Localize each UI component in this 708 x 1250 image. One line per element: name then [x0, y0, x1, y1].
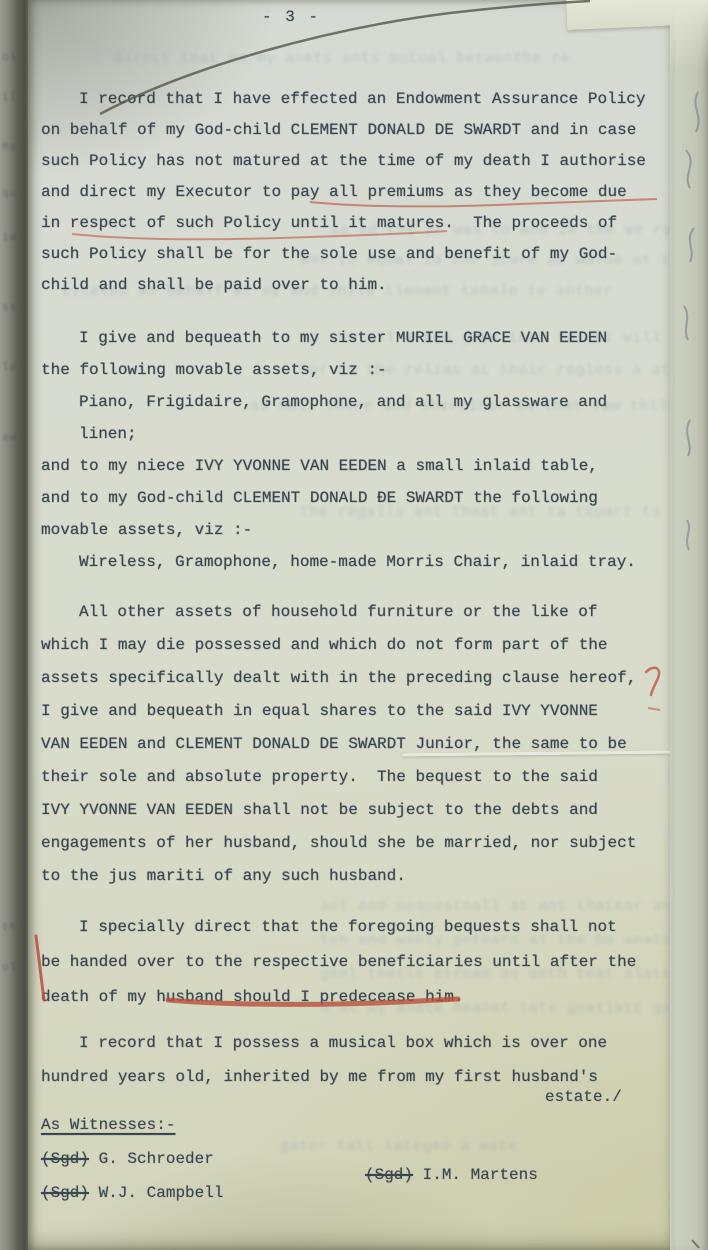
text-line: I give and bequeath to my sister MURIEL …	[41, 322, 663, 354]
sgd-label: (Sgd)	[41, 1184, 89, 1202]
scanned-will-page: ol il Ma qu iw ss lo aw th ol - 3 - t di…	[0, 0, 708, 1250]
text-line: in respect of such Policy until it matur…	[41, 208, 663, 239]
text-line: I specially direct that the foregoing be…	[41, 910, 663, 945]
witness-signature: (Sgd) W.J. Campbell	[41, 1184, 223, 1202]
text-line: Piano, Frigidaire, Gramophone, and all m…	[41, 386, 663, 418]
witness-name: W.J. Campbell	[99, 1184, 224, 1202]
text-line: assets specifically dealt with in the pr…	[41, 662, 663, 695]
paper-sheet: - 3 - t direct tnat no my anets ants mut…	[28, 0, 672, 1250]
witnesses-heading: As Witnesses:-	[41, 1116, 175, 1134]
text-line: movable assets, viz :-	[41, 514, 663, 546]
text-line: such Policy has not matured at the time …	[41, 146, 663, 177]
bleed-fragment: ss	[2, 302, 18, 315]
bleed-fragment: ol	[2, 52, 18, 65]
torn-corner-fold	[566, 0, 677, 30]
sgd-label: (Sgd)	[41, 1150, 89, 1168]
text-line: on behalf of my God-child CLEMENT DONALD…	[41, 115, 663, 146]
text-line: I give and bequeath in equal shares to t…	[41, 695, 663, 728]
estate-continuation: estate./	[545, 1088, 622, 1106]
witness-name: G. Schroeder	[99, 1150, 214, 1168]
paragraph-endowment-policy: I record that I have effected an Endowme…	[41, 84, 663, 301]
bleed-fragment: th	[2, 922, 18, 935]
text-line: I record that I have effected an Endowme…	[41, 84, 663, 115]
text-line: linen;	[41, 418, 663, 450]
bleed-fragment: iw	[2, 232, 18, 245]
binding-edge: ol il Ma qu iw ss lo aw th ol	[0, 0, 30, 1250]
text-line: Wireless, Gramophone, home-made Morris C…	[41, 546, 663, 578]
paragraph-musical-box: I record that I possess a musical box wh…	[41, 1026, 663, 1094]
text-line: which I may die possessed and which do n…	[41, 629, 663, 662]
text-line: be handed over to the respective benefic…	[41, 945, 663, 980]
bleed-fragment: ol	[2, 962, 18, 975]
text-line: such Policy shall be for the sole use an…	[41, 239, 663, 270]
text-line: death of my husband should I predecease …	[41, 980, 663, 1015]
text-line: and to my niece IVY YVONNE VAN EEDEN a s…	[41, 450, 663, 482]
text-line: to the jus mariti of any such husband.	[41, 860, 663, 893]
folded-right-edge	[670, 0, 708, 1250]
bleed-fragment: lo	[2, 362, 18, 375]
paragraph-special-direction: I specially direct that the foregoing be…	[41, 910, 663, 1015]
page-number: - 3 -	[262, 8, 320, 26]
text-line: VAN EEDEN and CLEMENT DONALD DE SWARDT J…	[41, 728, 663, 761]
bleed-fragment: il	[2, 92, 18, 105]
bleed-through-text: t direct tnat no my anets ants mutual be…	[95, 50, 570, 67]
sgd-label: (Sgd)	[365, 1166, 413, 1184]
text-line: child and shall be paid over to him.	[41, 270, 663, 301]
text-line: their sole and absolute property. The be…	[41, 761, 663, 794]
text-line: and to my God-child CLEMENT DONALD ĐE SW…	[41, 482, 663, 514]
text-line: I record that I possess a musical box wh…	[41, 1026, 663, 1060]
witness-signature: (Sgd) I.M. Martens	[365, 1166, 538, 1184]
bleed-fragment: qu	[2, 188, 18, 201]
text-line: and direct my Executor to pay all premiu…	[41, 177, 663, 208]
bleed-fragment: Ma	[2, 142, 18, 155]
paragraph-movable-assets: I give and bequeath to my sister MURIEL …	[41, 322, 663, 578]
text-line: the following movable assets, viz :-	[41, 354, 663, 386]
bleed-through-text: gater tatt tategee a mate	[280, 1138, 518, 1155]
witness-name: I.M. Martens	[423, 1166, 538, 1184]
text-line: All other assets of household furniture …	[41, 596, 663, 629]
text-line: engagements of her husband, should she b…	[41, 827, 663, 860]
text-line: IVY YVONNE VAN EEDEN shall not be subjec…	[41, 794, 663, 827]
paragraph-residue-household: All other assets of household furniture …	[41, 596, 663, 893]
bleed-fragment: aw	[2, 432, 18, 445]
witness-signature: (Sgd) G. Schroeder	[41, 1150, 214, 1168]
